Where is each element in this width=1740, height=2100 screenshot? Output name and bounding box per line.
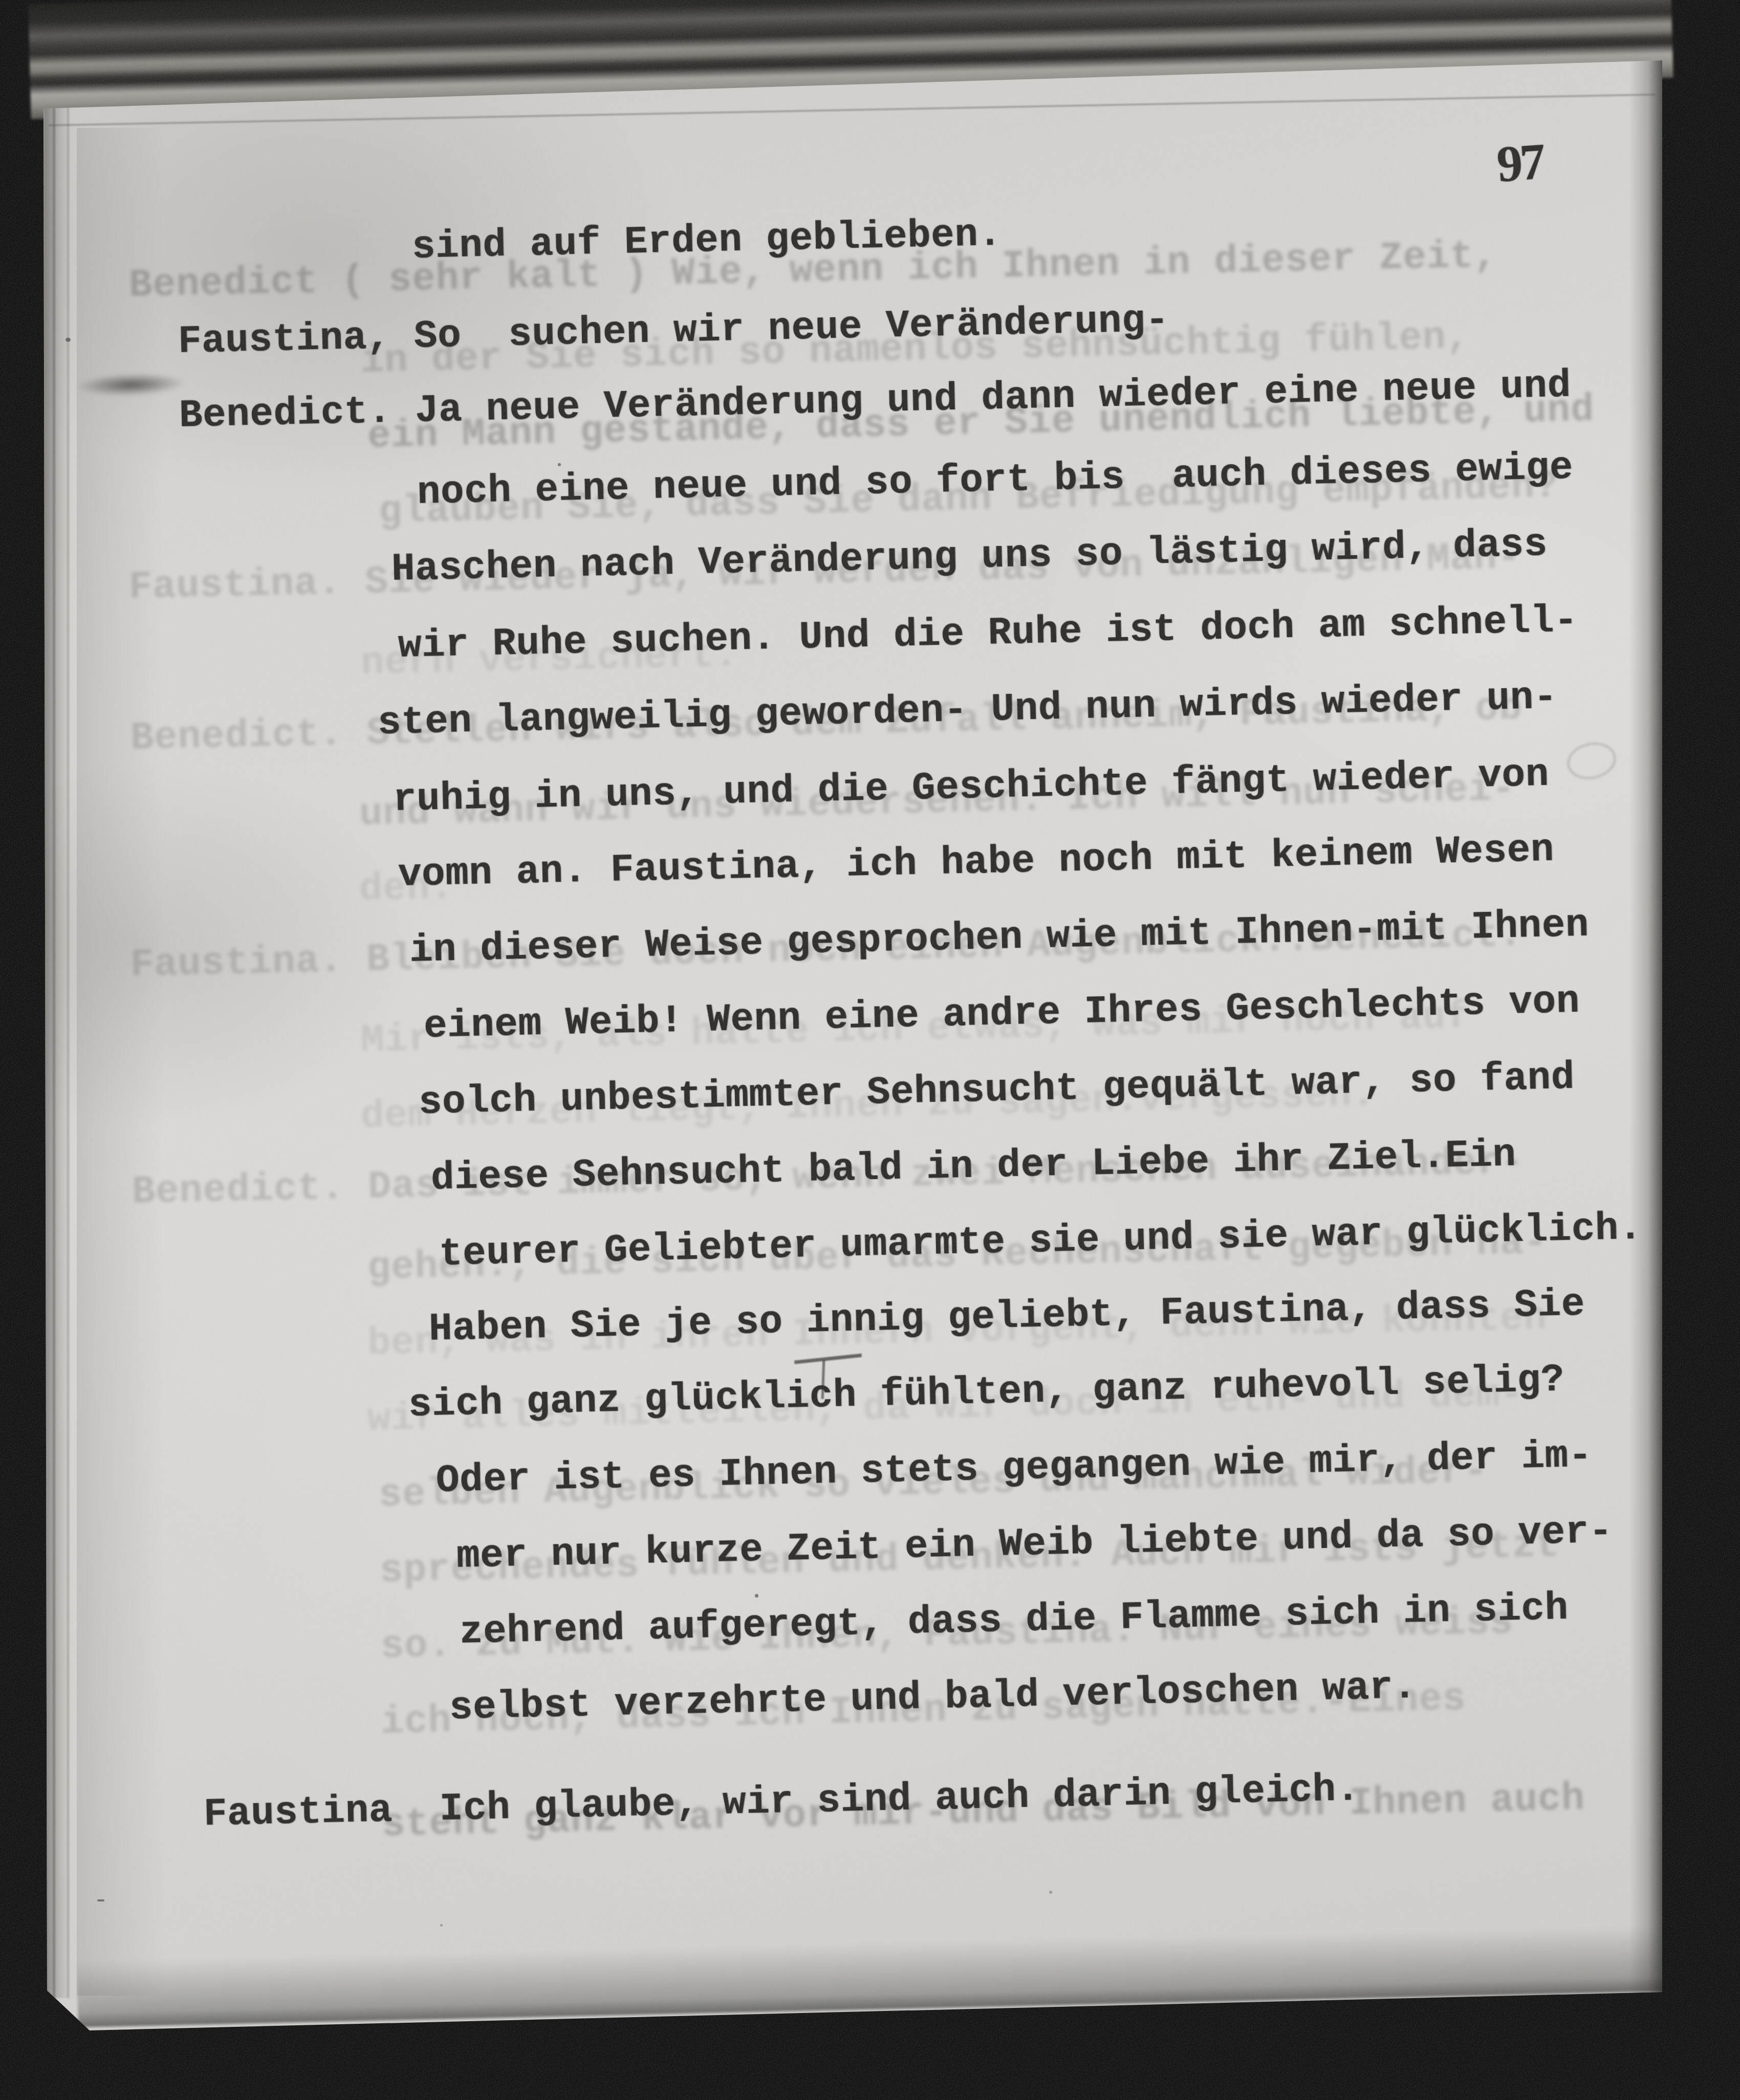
scan-speck <box>440 1924 443 1927</box>
scan-speck <box>66 338 71 342</box>
page-right-edge <box>1629 56 1663 2001</box>
typed-line: diese Sehnsucht bald in der Liebe ihr Zi… <box>430 1135 1516 1198</box>
pencil-mark <box>1564 738 1619 783</box>
scan-speck <box>1049 1891 1052 1894</box>
scan-speck <box>97 1899 104 1901</box>
scanned-typescript-page: 97 Benedict ( sehr kalt ) Wie, wenn ich … <box>0 0 1740 2100</box>
scan-speck <box>755 1594 758 1598</box>
page-number: 97 <box>1495 136 1545 190</box>
left-margin-shading <box>77 128 164 1996</box>
typed-line: vomn an. Faustina, ich habe noch mit kei… <box>398 830 1554 894</box>
scan-speck <box>558 463 561 466</box>
typed-line: wir Ruhe suchen. Und die Ruhe ist doch a… <box>398 601 1578 666</box>
paper-sheet: 97 Benedict ( sehr kalt ) Wie, wenn ich … <box>0 0 1740 2100</box>
ink-smudge <box>75 371 186 398</box>
page-bottom-shadow <box>77 1925 1664 2027</box>
